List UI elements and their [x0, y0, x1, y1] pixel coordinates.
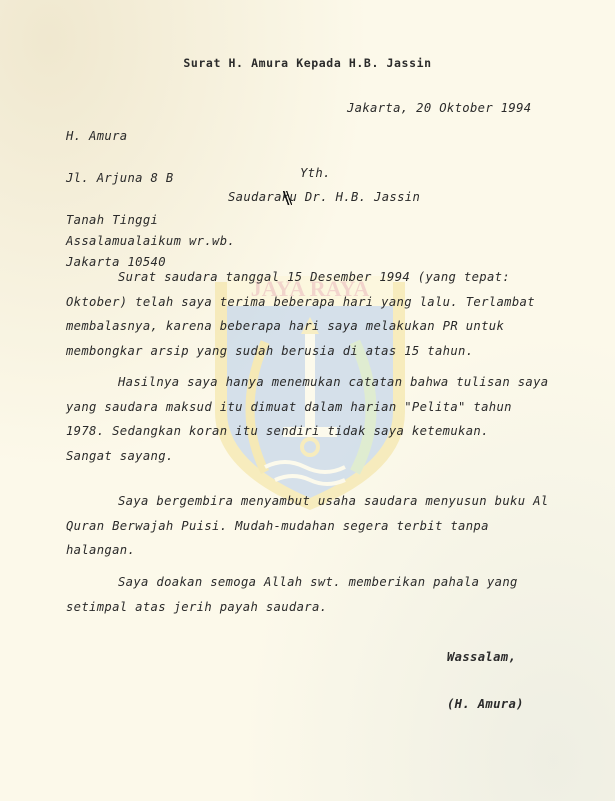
sender-name: H. Amura [66, 129, 174, 143]
document-title: Surat H. Amura Kepada H.B. Jassin [0, 56, 615, 70]
paragraph-1: Surat saudara tanggal 15 Desember 1994 (… [66, 265, 536, 363]
paragraph-3: Saya bergembira menyambut usaha saudara … [66, 489, 536, 563]
struck-out-text: ku [282, 190, 297, 204]
paragraph-line: yang saudara maksud itu dimuat dalam har… [66, 395, 536, 420]
paragraph-line: setimpal atas jerih payah saudara. [66, 595, 536, 620]
signature: (H. Amura) [447, 697, 524, 711]
paragraph-line: Surat saudara tanggal 15 Desember 1994 (… [66, 265, 536, 290]
recipient-name: Dr. H.B. Jassin [297, 190, 420, 204]
paragraph-line: Saya bergembira menyambut usaha saudara … [66, 489, 536, 514]
paragraph-line: membongkar arsip yang sudah berusia di a… [66, 339, 536, 364]
paragraph-line: Oktober) telah saya terima beberapa hari… [66, 290, 536, 315]
closing: Wassalam, [447, 650, 516, 664]
letter-page: JAYA RAYA Surat H. Amura Kepada H.B. Jas… [0, 0, 615, 801]
paragraph-line: Hasilnya saya hanya menemukan catatan ba… [66, 370, 536, 395]
paragraph-line: halangan. [66, 538, 536, 563]
place-date: Jakarta, 20 Oktober 1994 [347, 101, 532, 115]
paragraph-line: 1978. Sedangkan koran itu sendiri tidak … [66, 419, 536, 444]
sender-street: Jl. Arjuna 8 B [66, 171, 174, 185]
greeting: Assalamualaikum wr.wb. [66, 234, 235, 248]
sender-district: Tanah Tinggi [66, 213, 174, 227]
salutation-prefix: Yth. [300, 166, 331, 180]
paragraph-line: membalasnya, karena beberapa hari saya m… [66, 314, 536, 339]
paragraph-line: Sangat sayang. [66, 444, 536, 469]
paragraph-line: Saya doakan semoga Allah swt. memberikan… [66, 570, 536, 595]
paragraph-line: Quran Berwajah Puisi. Mudah-mudahan sege… [66, 514, 536, 539]
paragraph-2: Hasilnya saya hanya menemukan catatan ba… [66, 370, 536, 468]
recipient-line: Saudaraku Dr. H.B. Jassin [228, 190, 420, 204]
paragraph-4: Saya doakan semoga Allah swt. memberikan… [66, 570, 536, 619]
recipient-prefix: Saudara [228, 190, 282, 204]
